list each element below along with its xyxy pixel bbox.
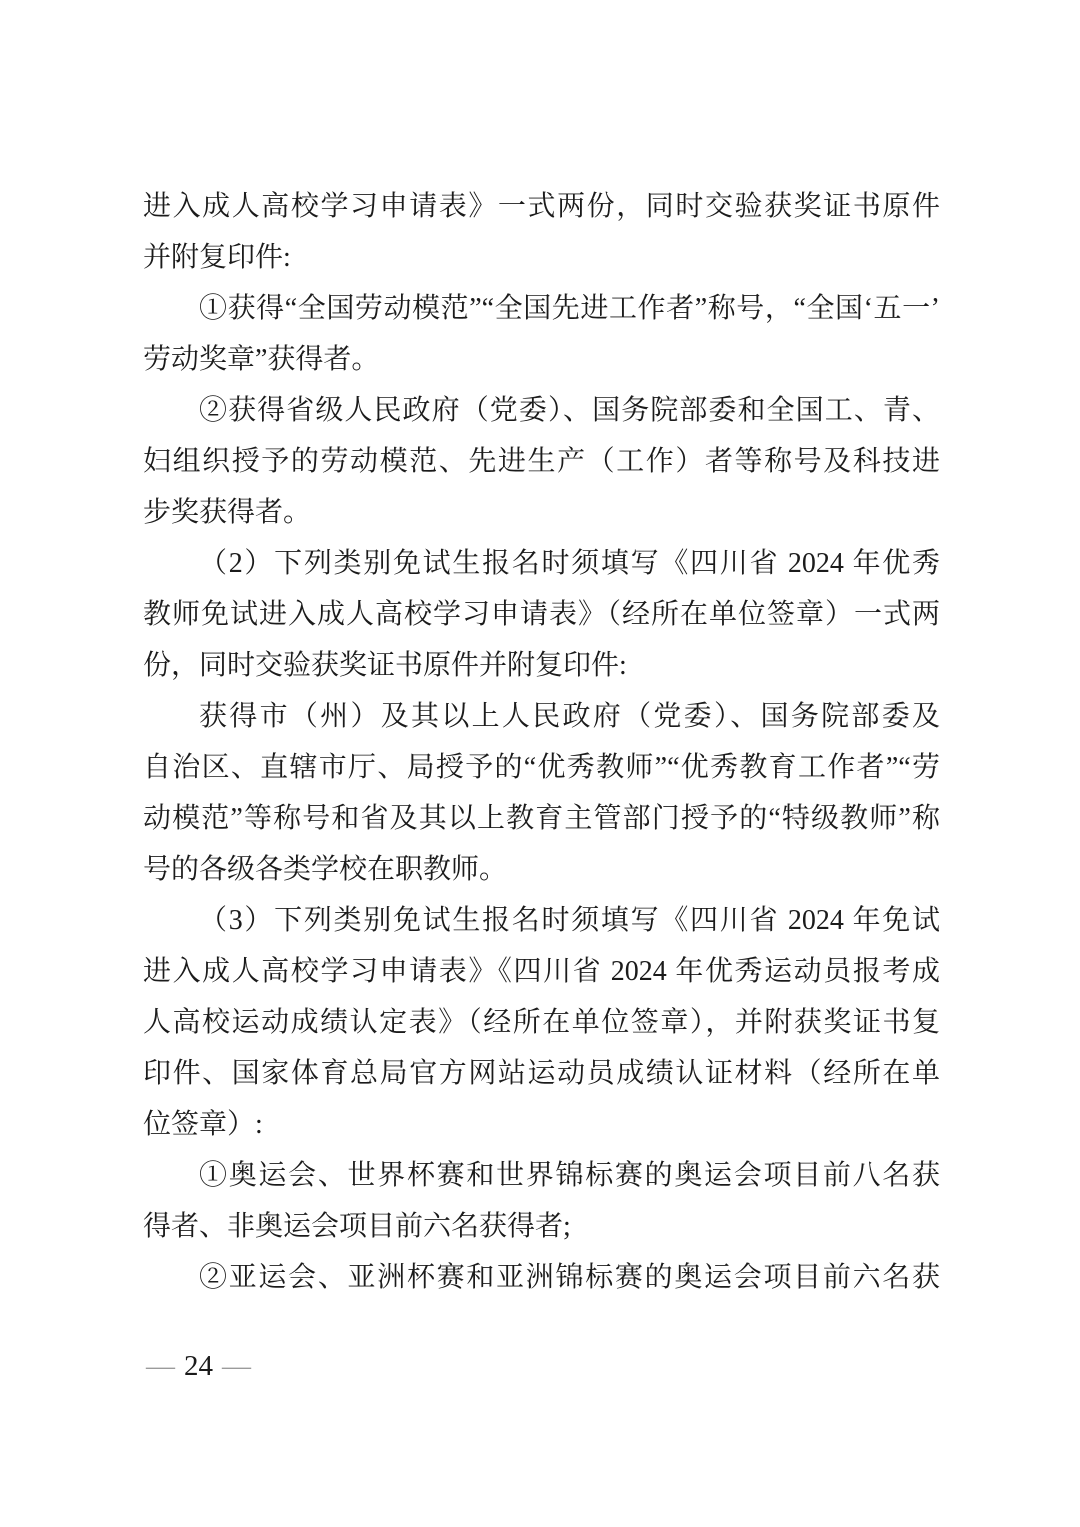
- text-line: ①获得“全国劳动模范”“全国先进工作者”称号，“全国‘五一’: [143, 283, 940, 334]
- text-line: 人高校运动成绩认定表》（经所在单位签章），并附获奖证书复: [143, 997, 940, 1048]
- text-line: 动模范”等称号和省及其以上教育主管部门授予的“特级教师”称: [143, 793, 940, 844]
- text-line: 妇组织授予的劳动模范、先进生产（工作）者等称号及科技进: [143, 436, 940, 487]
- text-line: 教师免试进入成人高校学习申请表》（经所在单位签章）一式两: [143, 589, 940, 640]
- text-line: 自治区、直辖市厅、局授予的“优秀教师”“优秀教育工作者”“劳: [143, 742, 940, 793]
- text-line: 进入成人高校学习申请表》《四川省 2024 年优秀运动员报考成: [143, 946, 940, 997]
- text-line: ②亚运会、亚洲杯赛和亚洲锦标赛的奥运会项目前六名获: [143, 1252, 940, 1303]
- page-footer: — 24 —: [140, 1346, 257, 1386]
- text-line: 步奖获得者。: [143, 487, 940, 538]
- text-line: （2）下列类别免试生报名时须填写《四川省 2024 年优秀: [143, 538, 940, 589]
- text-line: 劳动奖章”获得者。: [143, 334, 940, 385]
- text-line: 号的各级各类学校在职教师。: [143, 844, 940, 895]
- footer-dash-left: —: [140, 1346, 181, 1386]
- text-line: ①奥运会、世界杯赛和世界锦标赛的奥运会项目前八名获: [143, 1150, 940, 1201]
- text-line: 印件、国家体育总局官方网站运动员成绩认证材料（经所在单: [143, 1048, 940, 1099]
- page-number: 24: [181, 1346, 216, 1386]
- text-line: 进入成人高校学习申请表》一式两份，同时交验获奖证书原件: [143, 181, 940, 232]
- text-line: 位签章）:: [143, 1099, 940, 1150]
- document-page: 进入成人高校学习申请表》一式两份，同时交验获奖证书原件并附复印件:①获得“全国劳…: [0, 0, 1080, 1527]
- text-line: 获得市（州）及其以上人民政府（党委）、国务院部委及省、: [143, 691, 940, 742]
- text-line: 份，同时交验获奖证书原件并附复印件:: [143, 640, 940, 691]
- text-line: （3）下列类别免试生报名时须填写《四川省 2024 年免试: [143, 895, 940, 946]
- text-line: 得者、非奥运会项目前六名获得者;: [143, 1201, 940, 1252]
- text-line: ②获得省级人民政府（党委）、国务院部委和全国工、青、: [143, 385, 940, 436]
- footer-dash-right: —: [216, 1346, 257, 1386]
- document-body: 进入成人高校学习申请表》一式两份，同时交验获奖证书原件并附复印件:①获得“全国劳…: [143, 181, 940, 1303]
- text-line: 并附复印件:: [143, 232, 940, 283]
